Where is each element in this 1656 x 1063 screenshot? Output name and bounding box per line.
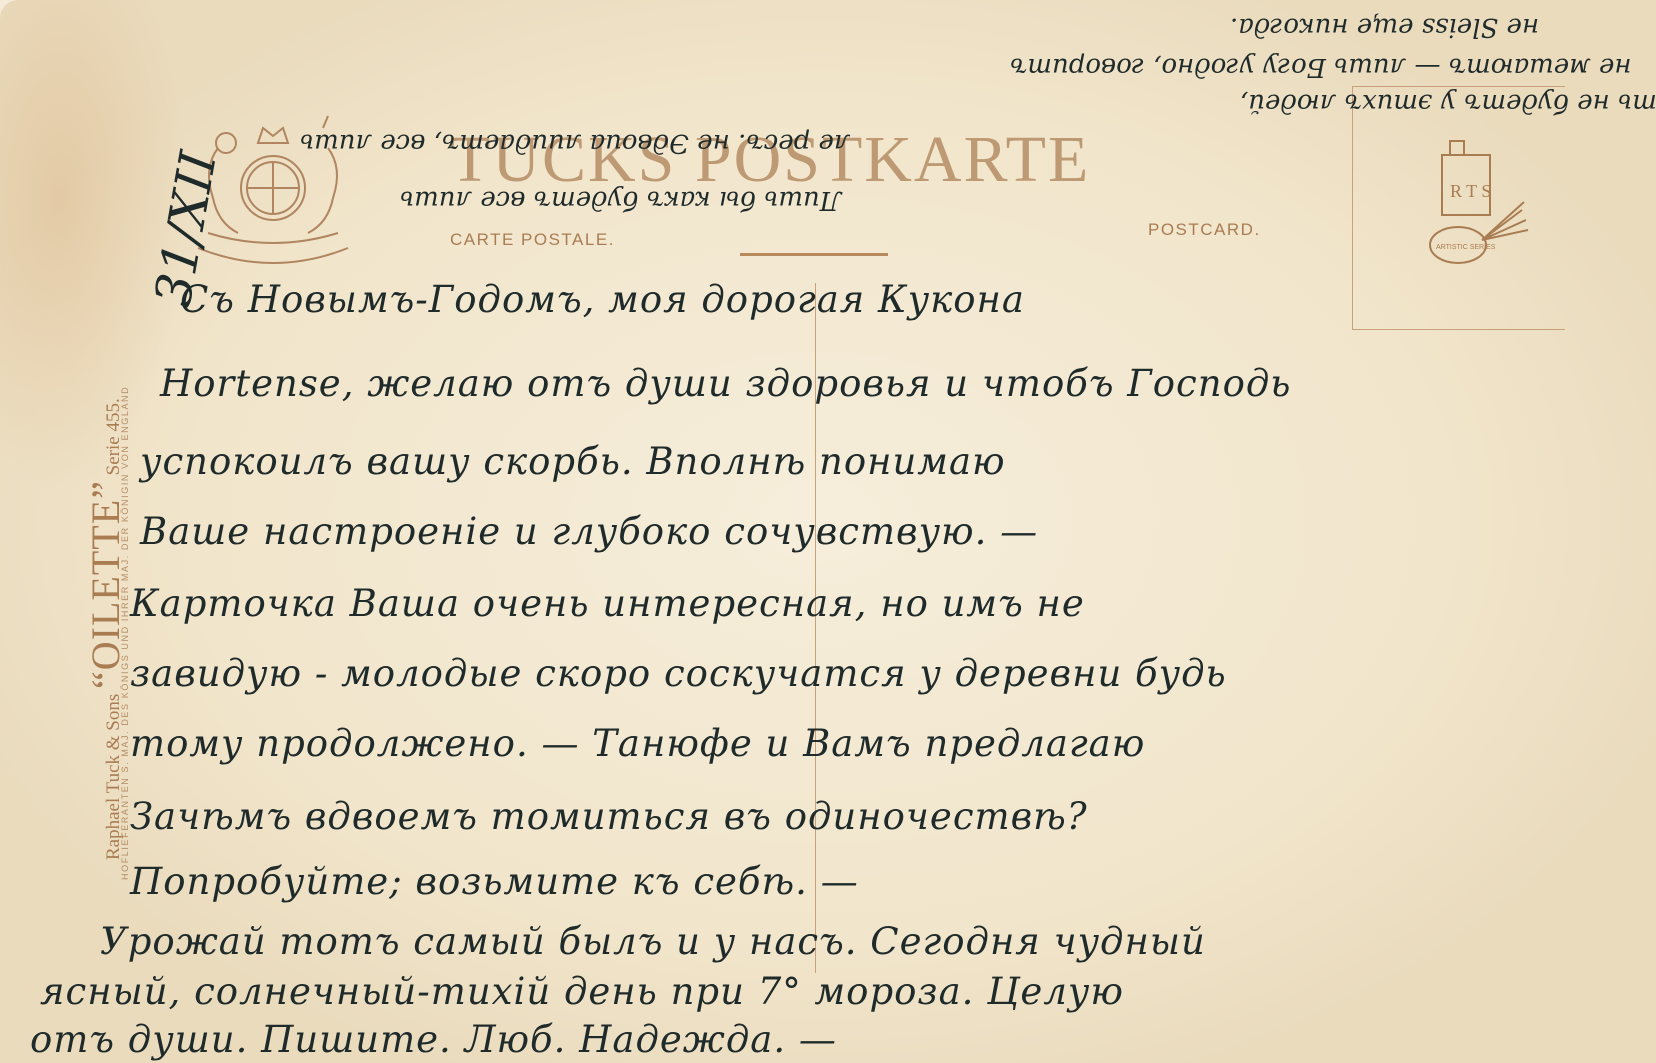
upside-down-line: не мешаютъ — лишь Богу угодно, говоритъ: [1010, 52, 1631, 82]
center-rule: [740, 253, 888, 256]
letter-line: Урожай тотъ самый былъ и у насъ. Сегодня…: [100, 920, 1206, 963]
royal-warrant-imprint: HOFLIEFERANTEN S. MAJ. DES KÖNIGS UND IH…: [120, 386, 130, 880]
letter-line: Попробуйте; возьмите къ себѣ. —: [130, 860, 859, 903]
upside-down-line: не Sleiss еще никогда.: [1230, 12, 1539, 42]
letter-line: завидую - молодые скоро соскучатся у дер…: [130, 652, 1227, 695]
svg-text:R T S: R T S: [1450, 181, 1491, 201]
svg-text:ARTISTIC SERIES: ARTISTIC SERIES: [1436, 244, 1496, 251]
letter-line: Съ Новымъ-Годомъ, моя дорогая Кукона: [180, 278, 1025, 321]
letter-line: тому продолжено. — Танюфе и Вамъ предлаг…: [130, 722, 1145, 765]
rts-artistic-series-logo-icon: R T S ARTISTIC SERIES: [1420, 135, 1540, 275]
upside-down-line: ле ресъ. не Эдвоиа лиидаетъ, все лишь: [300, 128, 850, 158]
letter-line: Карточка Ваша очень интересная, но имъ н…: [130, 582, 1085, 625]
letter-line: Зачѣмъ вдвоемъ томиться въ одиночествѣ?: [130, 795, 1088, 838]
upside-down-line: Лишь бы какъ будетъ все лишь: [400, 185, 841, 215]
letter-line: Ваше настроенiе и глубоко сочувствую. —: [140, 510, 1038, 553]
letter-line: отъ души. Пишите. Люб. Надежда. —: [30, 1018, 837, 1061]
postcard-label: POSTCARD.: [1148, 220, 1261, 240]
postcard-back: TUCKS POSTKARTE CARTE POSTALE. POSTCARD.…: [0, 0, 1656, 1063]
letter-line: Hortense, желаю отъ души здоровья и чтоб…: [160, 362, 1291, 405]
letter-line: ясный, солнечный-тихiй день при 7° мороз…: [40, 970, 1124, 1013]
upside-down-line: стать не будетъ у этихъ людей,: [1240, 88, 1656, 118]
letter-line: успокоилъ вашу скорбь. Вполнѣ понимаю: [140, 440, 1006, 483]
carte-postale-label: CARTE POSTALE.: [450, 230, 615, 250]
